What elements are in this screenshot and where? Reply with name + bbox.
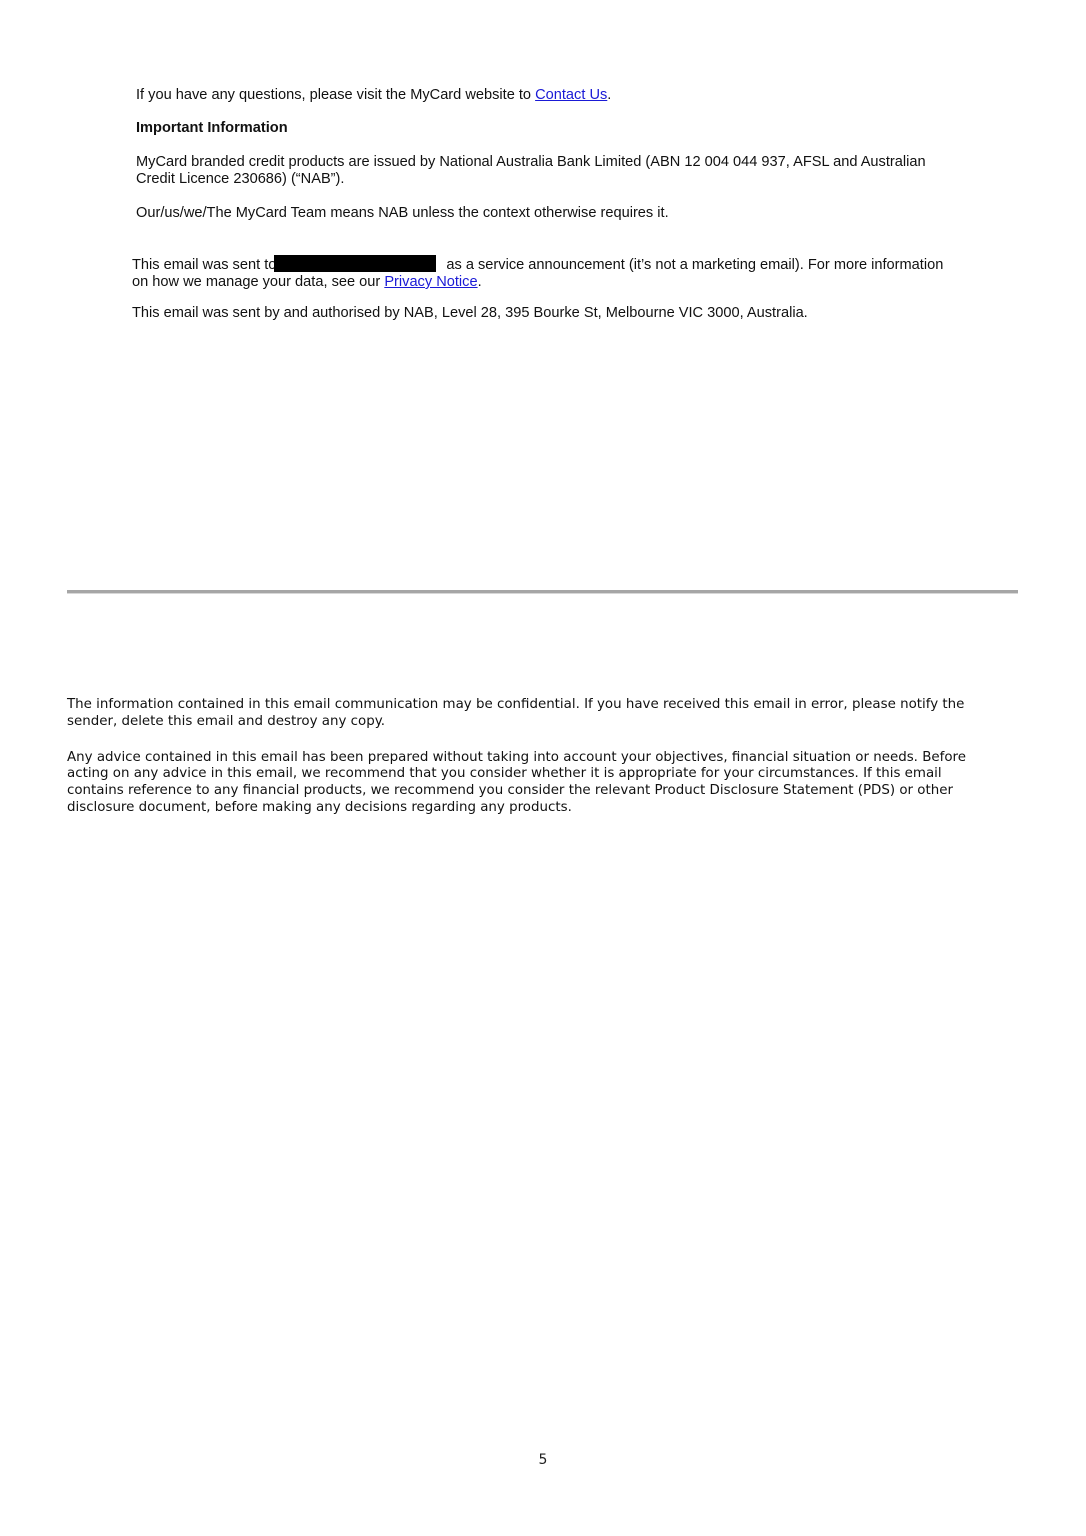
sent-to-suffix: . bbox=[478, 274, 482, 290]
team-definition-paragraph: Our/us/we/The MyCard Team means NAB unle… bbox=[132, 205, 669, 222]
authorised-by-paragraph: This email was sent by and authorised by… bbox=[132, 305, 808, 322]
important-information-heading: Important Information bbox=[132, 120, 288, 137]
questions-paragraph: If you have any questions, please visit … bbox=[132, 87, 611, 104]
questions-suffix: . bbox=[607, 87, 611, 103]
page-number: 5 bbox=[0, 1452, 1086, 1468]
advice-paragraph: Any advice contained in this email has b… bbox=[67, 750, 1002, 817]
confidentiality-paragraph: The information contained in this email … bbox=[67, 697, 1002, 731]
sent-to-paragraph: This email was sent toas a service annou… bbox=[132, 255, 962, 291]
questions-text: If you have any questions, please visit … bbox=[136, 87, 535, 103]
disclaimer-section: The information contained in this email … bbox=[67, 697, 1002, 836]
sent-to-prefix: This email was sent to bbox=[132, 257, 276, 273]
contact-us-link[interactable]: Contact Us bbox=[535, 87, 607, 103]
redacted-recipient-block bbox=[274, 255, 436, 272]
issuer-paragraph: MyCard branded credit products are issue… bbox=[132, 154, 966, 188]
privacy-notice-link[interactable]: Privacy Notice bbox=[384, 274, 477, 290]
horizontal-divider bbox=[67, 590, 1018, 594]
